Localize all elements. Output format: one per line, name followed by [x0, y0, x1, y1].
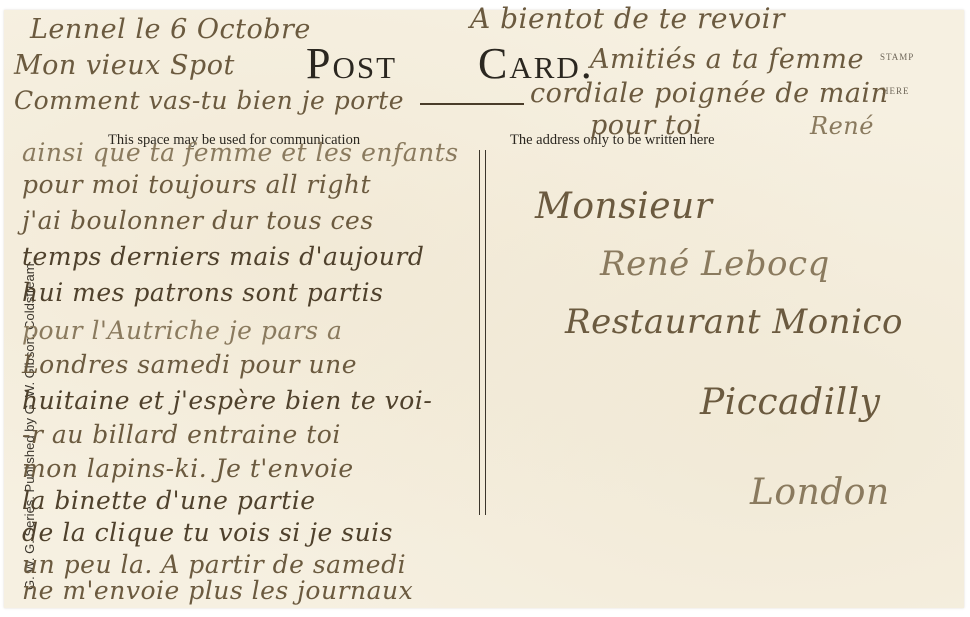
- signature: René: [810, 112, 874, 140]
- strikethrough-mark: [420, 103, 524, 105]
- message-line: Mon vieux Spot: [14, 50, 235, 81]
- message-line: mon lapins-ki. Je t'envoie: [22, 454, 354, 483]
- address-line: Piccadilly: [700, 382, 880, 423]
- address-line: Restaurant Monico: [565, 302, 903, 342]
- center-divider-line: [479, 150, 486, 515]
- address-line: Monsieur: [535, 186, 712, 227]
- stamp-label: STAMP: [880, 52, 914, 62]
- closing-line: cordiale poignée de main: [530, 78, 888, 109]
- message-line: pour moi toujours all right: [22, 170, 371, 199]
- message-line: temps derniers mais d'aujourd: [22, 242, 424, 271]
- address-line: René Lebocq: [600, 244, 830, 284]
- address-line: London: [750, 472, 890, 513]
- closing-line: A bientot de te revoir: [470, 2, 785, 35]
- message-line: la binette d'une partie: [22, 486, 316, 515]
- message-line: huitaine et j'espère bien te voi-: [22, 386, 432, 415]
- message-line: pour l'Autriche je pars a: [22, 316, 342, 345]
- message-line: j'ai boulonner dur tous ces: [22, 206, 374, 235]
- postcard-title-post: Post: [306, 38, 397, 89]
- message-line: ne m'envoie plus les journaux: [22, 576, 413, 605]
- closing-line: pour toi: [590, 110, 702, 141]
- message-line: ainsi que ta femme et les enfants: [22, 138, 459, 167]
- closing-line: Amitiés a ta femme: [590, 44, 864, 75]
- message-line: Londres samedi pour une: [22, 350, 357, 379]
- message-line: Lennel le 6 Octobre: [30, 14, 311, 45]
- message-line: un peu la. A partir de samedi: [22, 550, 406, 579]
- message-line: Comment vas-tu bien je porte: [14, 86, 404, 115]
- message-line: hui mes patrons sont partis: [22, 278, 383, 307]
- message-line: -r au billard entraine toi: [22, 420, 341, 449]
- message-line: de la clique tu vois si je suis: [22, 518, 393, 547]
